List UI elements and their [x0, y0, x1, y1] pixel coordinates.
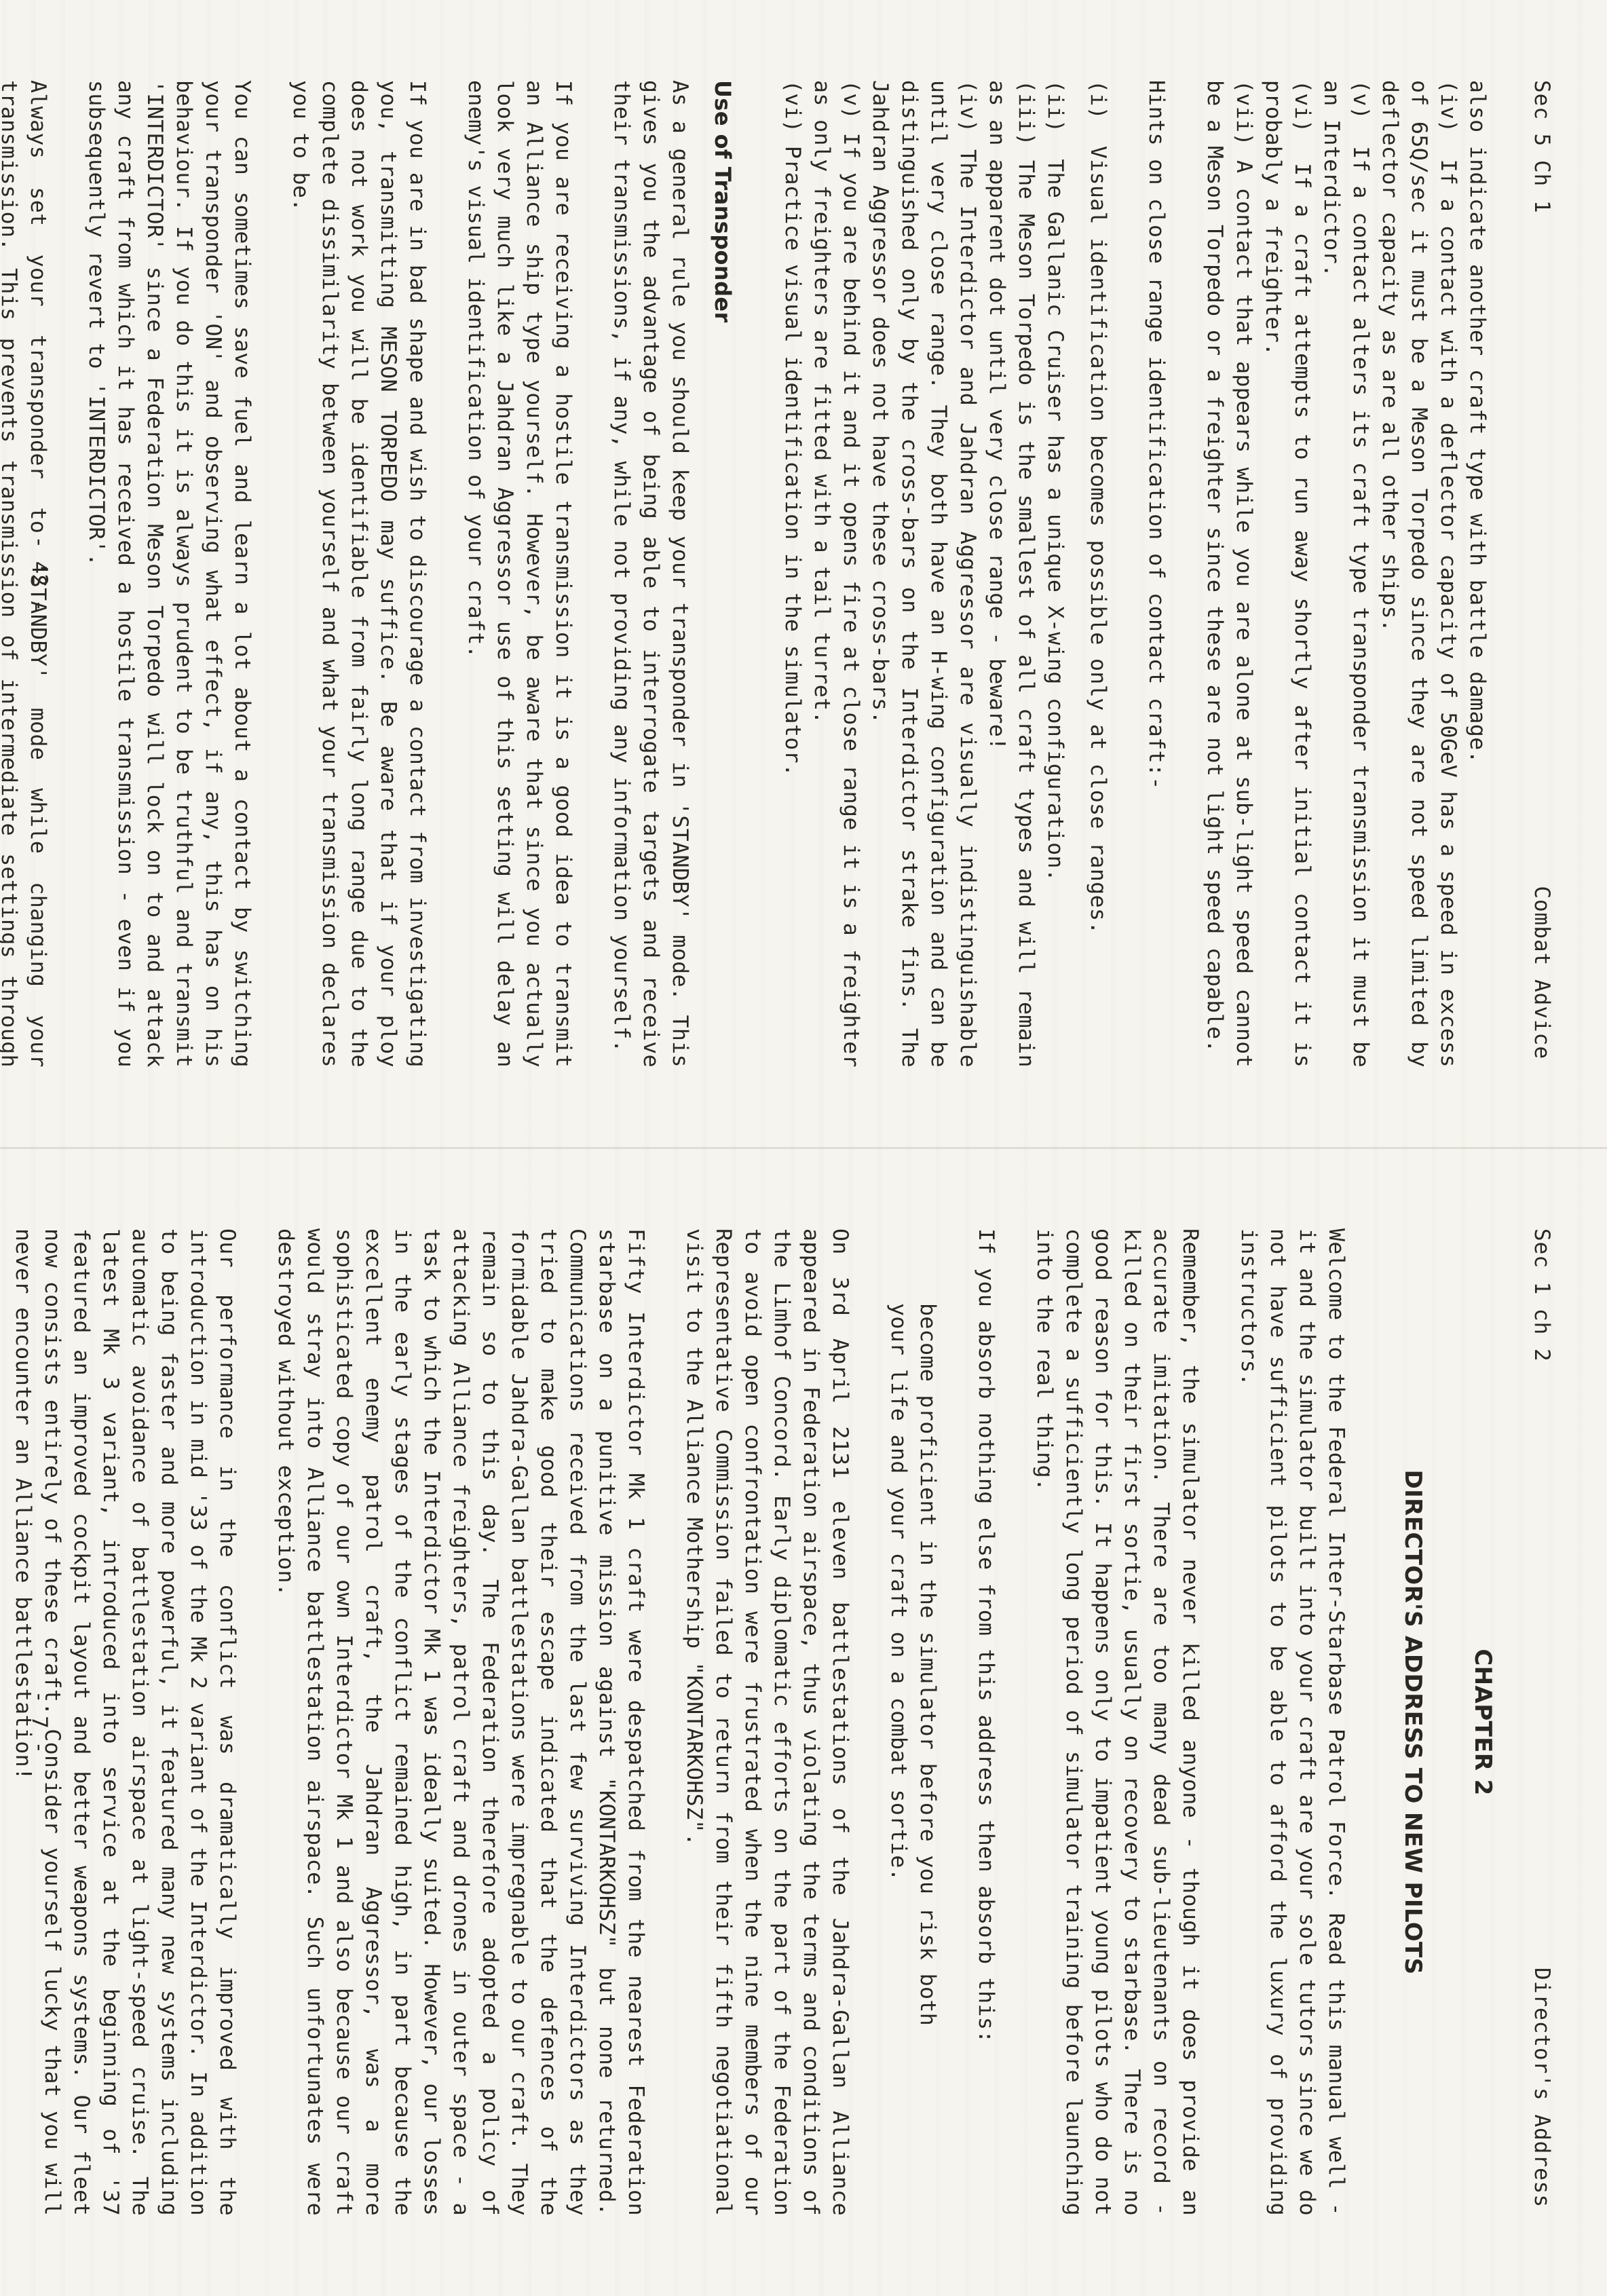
- page-body: also indicate another craft type with ba…: [0, 80, 1492, 1068]
- list-item: (iv) If a contact with a deflector capac…: [1375, 80, 1462, 1068]
- scanned-manual-spread: Sec 5 Ch 1 Combat Advice also indicate a…: [0, 0, 1607, 2296]
- manual-page-42: Sec 5 Ch 1 Combat Advice also indicate a…: [0, 0, 1607, 1148]
- paragraph: If you absorb nothing else from this add…: [971, 1228, 1000, 2216]
- paragraph: Fifty Interdictor Mk 1 craft were despat…: [271, 1228, 650, 2216]
- running-title: Combat Advice: [1530, 886, 1554, 1059]
- paragraph: Remember, the simulator never killed any…: [1029, 1228, 1205, 2216]
- list-item: also indicate another craft type with ba…: [1462, 80, 1492, 1068]
- list-item: (vii) A contact that appears while you a…: [1200, 80, 1258, 1068]
- manual-page-7: Sec 1 ch 2 Director's Address CHAPTER 2 …: [0, 1148, 1607, 2296]
- quote-line: become proficient in the simulator befor…: [913, 1228, 942, 2216]
- quote-line: your life and your craft on a combat sor…: [884, 1228, 913, 2216]
- page-number: - 7 -: [27, 1148, 52, 2296]
- paragraph: If you are receiving a hostile transmiss…: [461, 80, 578, 1068]
- paragraph: Welcome to the Federal Inter-Starbase Pa…: [1234, 1228, 1350, 2216]
- hint-item: (v) If you are behind it and it opens fi…: [807, 80, 865, 1068]
- paragraph: On 3rd April 2131 eleven battlestations …: [679, 1228, 854, 2216]
- hint-item: (i) Visual identification becomes possib…: [1083, 80, 1112, 1068]
- running-title: Director's Address: [1530, 1968, 1554, 2208]
- hint-item: (iii) The Meson Torpedo is the smallest …: [982, 80, 1040, 1068]
- section-heading-transponder: Use of Transponder: [708, 80, 737, 1068]
- page-body: CHAPTER 2 DIRECTOR'S ADDRESS TO NEW PILO…: [0, 1228, 1497, 2216]
- section-label: Sec 5 Ch 1: [1530, 80, 1554, 214]
- hints-heading: Hints on close range identification of c…: [1141, 80, 1171, 1068]
- hint-item: (iv) The Interdictor and Jahdran Aggress…: [865, 80, 982, 1068]
- chapter-title: DIRECTOR'S ADDRESS TO NEW PILOTS: [1398, 1228, 1427, 2216]
- page-number: - 42 -: [27, 0, 52, 1148]
- list-item: (v) If a contact alters its craft type t…: [1317, 80, 1375, 1068]
- paragraph: You can sometimes save fuel and learn a …: [81, 80, 257, 1068]
- hint-item: (vi) Practice visual identification in t…: [778, 80, 807, 1068]
- paragraph: If you are in bad shape and wish to disc…: [286, 80, 432, 1068]
- paragraph: As a general rule you should keep your t…: [607, 80, 694, 1068]
- section-label: Sec 1 ch 2: [1530, 1228, 1554, 1362]
- hint-item: (ii) The Gallanic Cruiser has a unique X…: [1040, 80, 1070, 1068]
- list-item: (vi) If a craft attempts to run away sho…: [1258, 80, 1317, 1068]
- chapter-number: CHAPTER 2: [1468, 1228, 1497, 2216]
